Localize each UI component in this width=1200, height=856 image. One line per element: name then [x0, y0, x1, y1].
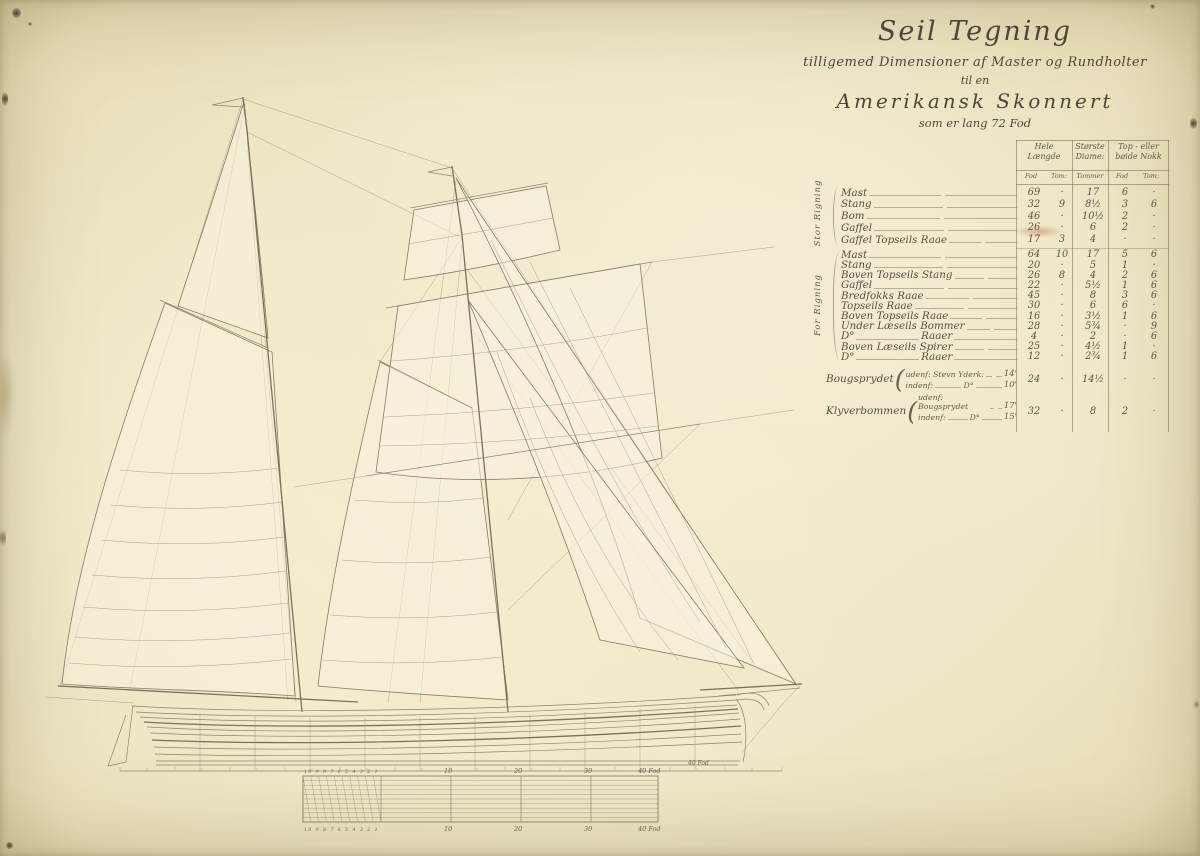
value-fod: 64	[1019, 250, 1049, 260]
foxing-speck	[6, 842, 13, 849]
leader-line	[988, 349, 1017, 350]
leader-line	[973, 298, 1017, 299]
value-nok-fod: 1	[1111, 312, 1139, 322]
value-nok-fod: 1	[1111, 261, 1139, 271]
foxing-speck	[1150, 4, 1155, 9]
bowsprit-row: Bougsprydet ( udenf: Stevn Yderk: 14' in…	[826, 364, 1169, 394]
stor-rigning-rows: Mast 69 · 17 6 · Stang 32 9 8½ 3 6 B	[826, 186, 1169, 245]
value-nok-tommer: ·	[1139, 188, 1169, 198]
section-label-for-rigning: For Rigning	[813, 270, 823, 340]
leader-line	[968, 308, 1017, 309]
value-tommer: ·	[1049, 212, 1075, 222]
table-row: Boven Læseils Spirer 25 · 4½ 1 ·	[826, 342, 1169, 352]
value-tommer: 3	[1049, 235, 1075, 245]
value-nok-tommer: 6	[1139, 200, 1169, 210]
subtitle: tilligemed Dimensioner af Master og Rund…	[775, 55, 1175, 70]
value-nok-fod: 2	[1111, 212, 1139, 222]
value-diameter: 6	[1075, 223, 1111, 233]
leader-line	[994, 329, 1017, 330]
value-nok-fod: 6	[1111, 301, 1139, 311]
mainsail	[62, 303, 295, 696]
value-nok-fod: 3	[1111, 200, 1139, 210]
leader-line	[945, 195, 1017, 196]
spar-label: Bougsprydet	[826, 373, 894, 385]
leader-line	[985, 242, 1017, 243]
unit-headers: Fod Tom: Tommer Fod Tom:	[1016, 172, 1169, 180]
value-nok-tommer: ·	[1139, 261, 1169, 271]
leader-line	[950, 318, 981, 319]
value-fod: 32	[1019, 200, 1049, 210]
value-diameter: 2¾	[1075, 352, 1111, 362]
value-diameter: 17	[1075, 188, 1111, 198]
value-diameter: 10½	[1075, 212, 1111, 222]
value-diameter: 3½	[1075, 312, 1111, 322]
table-row: Under Læseils Bommer 28 · 5¾ · 9	[826, 321, 1169, 331]
studding-boom-upper	[652, 247, 774, 262]
svg-text:30: 30	[584, 825, 592, 833]
spar-label: Gaffel Topseils Raae	[826, 235, 947, 245]
studding-boom-lower	[700, 410, 794, 424]
table-row: Mast 64 10 17 5 6	[826, 250, 1169, 260]
leader-line	[947, 207, 1017, 208]
value-fod: 46	[1019, 212, 1049, 222]
spar-label: Klyverbommen	[826, 405, 906, 417]
spar-label: Mast	[826, 188, 867, 198]
vessel-type: Amerikansk Skonnert	[775, 89, 1175, 113]
header-stoerste-diameter: Største Diame:	[1072, 142, 1108, 161]
table-row: Stang 32 9 8½ 3 6	[826, 198, 1169, 210]
value-tommer: ·	[1049, 312, 1075, 322]
value-diameter: 17	[1075, 250, 1111, 260]
leader-line	[874, 207, 944, 208]
leader-line	[874, 288, 943, 289]
spar-label: D°	[826, 352, 854, 362]
table-row: Bom 46 · 10½ 2 ·	[826, 210, 1169, 222]
spar-label: Stang	[826, 199, 872, 209]
leader-line	[926, 298, 970, 299]
foxing-speck	[28, 22, 32, 26]
scale-label-30: 30	[584, 767, 592, 775]
scale-minor-labels-top: 10 9 8 7 6 5 4 3 2 1	[304, 769, 378, 775]
leader-line	[856, 359, 919, 360]
sub-note: indenf: D° 15'	[918, 411, 1017, 422]
title-block: Seil Tegning tilligemed Dimensioner af M…	[775, 16, 1175, 130]
section-label-stor-rigning: Stor Rigning	[813, 178, 823, 248]
value-nok-tommer: ·	[1139, 301, 1169, 311]
value-nok-tommer: ·	[1139, 212, 1169, 222]
ruler-end-label: 40 Fod	[687, 760, 709, 767]
value-tommer: ·	[1049, 188, 1075, 198]
leader-line	[944, 218, 1017, 219]
svg-text:20: 20	[513, 825, 522, 833]
fore-pennant	[428, 167, 452, 176]
value-nok-fod: 5	[1111, 250, 1139, 260]
leader-line	[954, 359, 1017, 360]
value-tommer: 10	[1049, 250, 1075, 260]
for-rigning-rows: Mast 64 10 17 5 6 Stang 20 · 5 1 · B	[826, 250, 1169, 362]
red-stain	[1016, 226, 1062, 237]
svg-text:40 Fod: 40 Fod	[637, 825, 661, 833]
leader-line	[874, 267, 944, 268]
main-gaff-topsail	[178, 102, 268, 338]
value-diameter: 8½	[1075, 200, 1111, 210]
leader-line	[915, 308, 964, 309]
hull	[108, 693, 769, 771]
dimension-table: Hele Længde Største Diame: Top - eller b…	[826, 140, 1170, 436]
table-row: Mast 69 · 17 6 ·	[826, 186, 1169, 198]
value-diameter: 4	[1075, 235, 1111, 245]
value-nok-tommer: 6	[1139, 352, 1169, 362]
leader-line	[955, 349, 984, 350]
scale-label-20: 20	[513, 767, 522, 775]
value-fod: 16	[1019, 312, 1049, 322]
value-nok-tommer: ·	[1139, 235, 1169, 245]
leader-line	[874, 230, 943, 231]
sail-plan-sheet: 40 Fod 10 9 8 7 6 5 4 3 2 1 10 9 8 7 6 5…	[0, 0, 1200, 856]
leader-line	[988, 278, 1017, 279]
value-nok-tommer: 6	[1139, 250, 1169, 260]
scale-label-10: 10	[444, 767, 452, 775]
value-tommer: ·	[1049, 261, 1075, 271]
stern	[126, 705, 133, 762]
fore-topgallant-sail	[404, 186, 560, 280]
value-tommer: ·	[1049, 301, 1075, 311]
header-top-eller-nok: Top - eller bøide Nokk	[1108, 142, 1169, 161]
scale-minor-labels-bottom: 10 9 8 7 6 5 4 3 2 1	[304, 827, 378, 833]
leader-line	[948, 288, 1017, 289]
jibboom-row: Klyverbommen ( udenf: Bougsprydet 17' in…	[826, 396, 1169, 426]
spar-label: Bom	[826, 211, 865, 221]
value-fod: 12	[1019, 352, 1049, 362]
foxing-speck	[1194, 700, 1199, 709]
value-diameter: 6	[1075, 301, 1111, 311]
page-title: Seil Tegning	[775, 16, 1175, 47]
value-nok-fod: ·	[1111, 235, 1139, 245]
foxing-speck	[12, 8, 21, 18]
leader-line	[954, 339, 1017, 340]
foxing-speck	[0, 528, 6, 548]
table-row: Gaffel Topseils Raae 17 3 4 · ·	[826, 233, 1169, 245]
leader-line	[856, 339, 919, 340]
value-tommer: 9	[1049, 200, 1075, 210]
table-row: D° Raaer 12 · 2¾ 1 6	[826, 352, 1169, 362]
main-pennant	[212, 98, 243, 107]
leader-line	[867, 218, 940, 219]
diagonal-scale: 10 9 8 7 6 5 4 3 2 1 10 9 8 7 6 5 4 3 2 …	[303, 767, 661, 833]
value-fod: 30	[1019, 301, 1049, 311]
value-nok-fod: 1	[1111, 352, 1139, 362]
table-rule	[1016, 184, 1169, 185]
value-nok-tommer: 6	[1139, 312, 1169, 322]
spar-label-2: Raaer	[921, 352, 952, 362]
value-fod: 20	[1019, 261, 1049, 271]
leader-line	[948, 230, 1017, 231]
value-nok-fod: 2	[1111, 223, 1139, 233]
svg-text:10: 10	[444, 825, 452, 833]
value-nok-tommer: ·	[1139, 223, 1169, 233]
leader-line	[869, 195, 941, 196]
brace-glyph: (	[895, 367, 905, 392]
column-headers: Hele Længde Største Diame: Top - eller b…	[1016, 142, 1169, 161]
table-row: Gaffel 26 · 6 2 ·	[826, 221, 1169, 233]
leader-line	[967, 329, 990, 330]
value-tommer: ·	[1049, 352, 1075, 362]
value-diameter: 5	[1075, 261, 1111, 271]
leader-line	[949, 242, 981, 243]
value-fod: 69	[1019, 188, 1049, 198]
table-rule	[1016, 140, 1169, 141]
subtitle-til-en: til en	[775, 74, 1175, 87]
leader-line	[945, 257, 1017, 258]
value-nok-fod: 6	[1111, 188, 1139, 198]
leader-line	[955, 278, 984, 279]
foxing-speck	[1190, 118, 1197, 129]
leader-line	[947, 267, 1017, 268]
header-hele-laengde: Hele Længde	[1016, 142, 1072, 161]
brace-glyph: (	[907, 399, 917, 424]
foxing-speck	[2, 92, 8, 106]
leader-line	[986, 318, 1017, 319]
rudder	[108, 715, 126, 766]
table-rule	[1016, 170, 1169, 171]
vessel-length-note: som er lang 72 Fod	[775, 116, 1175, 130]
sub-note: udenf: Stevn Yderk: 14'	[906, 368, 1017, 379]
sub-note: udenf: Bougsprydet 17'	[918, 400, 1017, 411]
spar-label: Gaffel	[826, 223, 872, 233]
table-row: Boven Topseils Stang 26 8 4 2 6	[826, 270, 1169, 280]
sails	[62, 102, 796, 700]
scale-label-40: 40 Fod	[637, 767, 661, 775]
leader-line	[869, 257, 941, 258]
sub-note: indenf: D° 10'	[906, 379, 1017, 390]
